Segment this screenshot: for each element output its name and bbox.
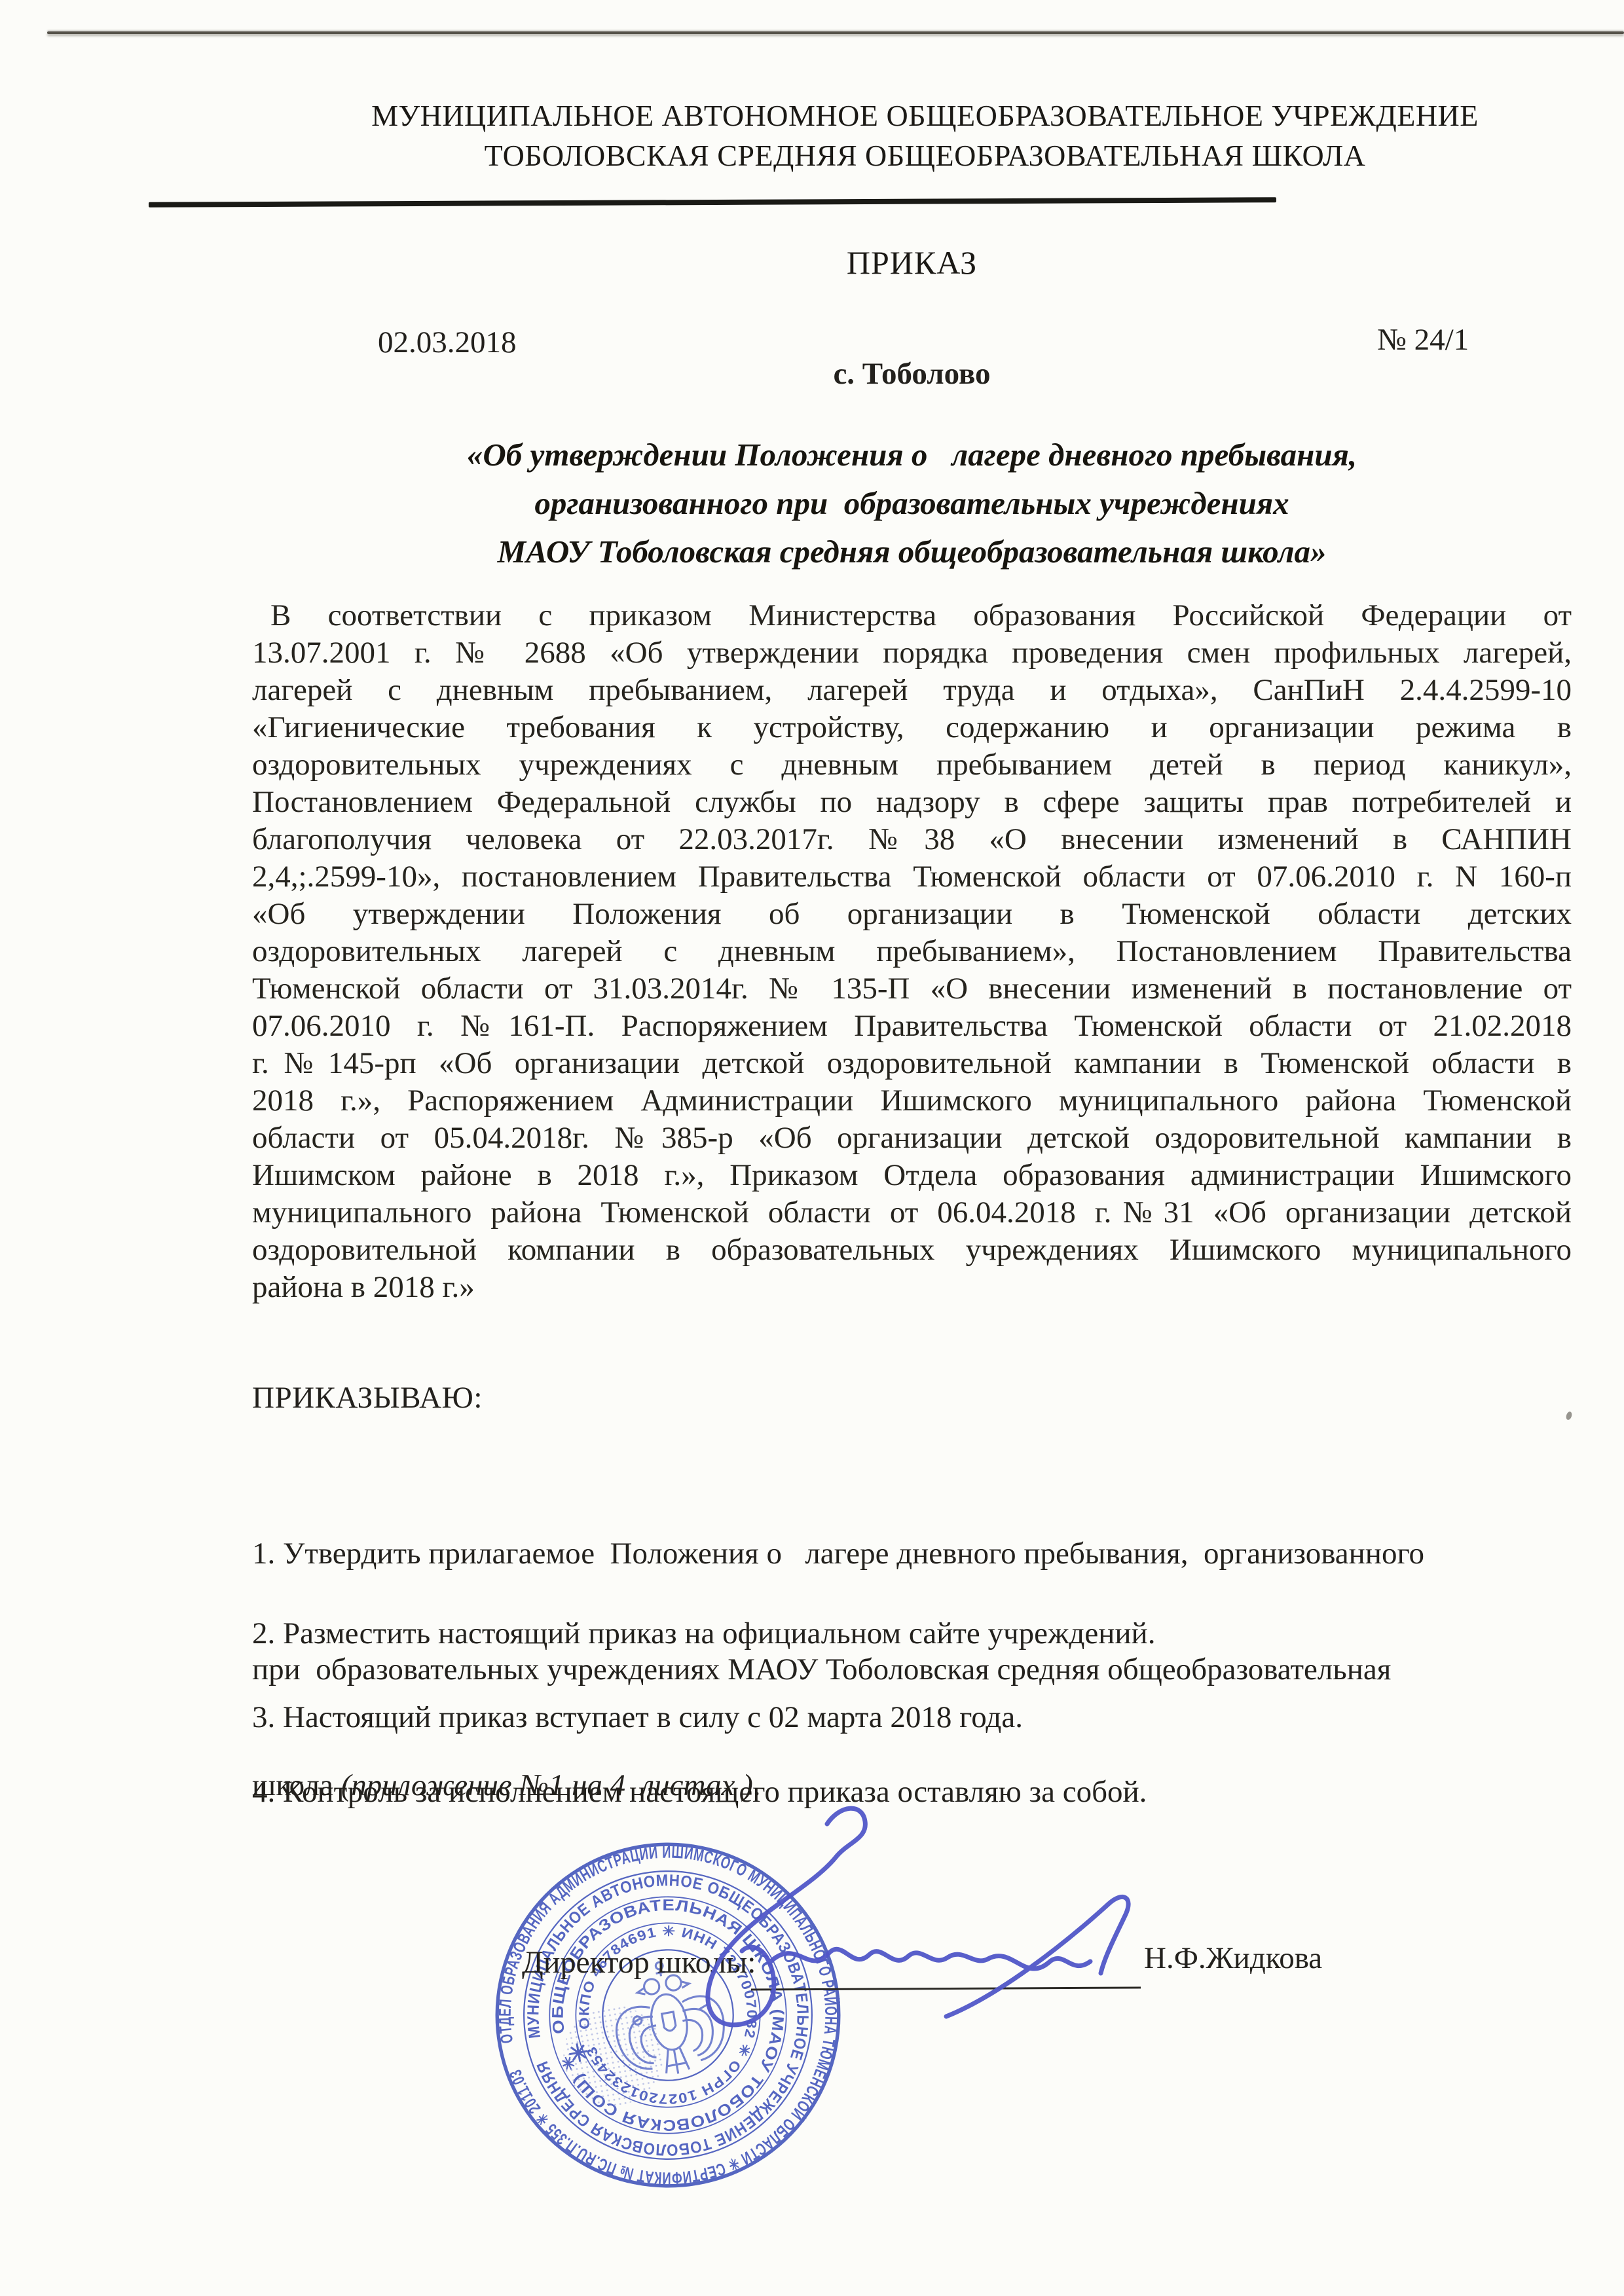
preamble-line: области от 05.04.2018г. №385-р «Об орган…	[252, 1120, 1572, 1157]
preamble-line: 2,4,;.2599-10», постановлением Правитель…	[252, 858, 1572, 896]
order-item-3: 3. Настоящий приказ вступает в силу с 02…	[252, 1698, 1572, 1737]
preamble-line: благополучия человека от 22.03.2017г. №3…	[252, 821, 1572, 858]
preamble-line: Постановлением Федеральной службы по над…	[252, 784, 1572, 821]
order-item-1-line1: 1. Утвердить прилагаемое Положения о лаг…	[252, 1535, 1572, 1573]
preamble-line: района в 2018 г.»	[252, 1269, 1572, 1306]
preamble-paragraph: В соответствии с приказом Министерства о…	[252, 597, 1572, 1306]
signature-stroke-tail	[946, 1897, 1128, 2016]
order-subject-line: МАОУ Тоболовская средняя общеобразовател…	[252, 528, 1572, 576]
preamble-line: оздоровительных учреждениях с дневным пр…	[252, 746, 1572, 784]
scanned-order-document: МУНИЦИПАЛЬНОЕ АВТОНОМНОЕ ОБЩЕОБРАЗОВАТЕЛ…	[0, 0, 1624, 2296]
preamble-line: «Об утверждении Положения об организации…	[252, 896, 1572, 933]
order-subject-line: «Об утверждении Положения о лагере дневн…	[252, 431, 1572, 479]
document-content: МУНИЦИПАЛЬНОЕ АВТОНОМНОЕ ОБЩЕОБРАЗОВАТЕЛ…	[252, 0, 1572, 2296]
preamble-line: «Гигиенические требования к устройству, …	[252, 709, 1572, 746]
preamble-line: муниципального района Тюменской области …	[252, 1194, 1572, 1231]
order-item-2: 2. Разместить настоящий приказ на официа…	[252, 1614, 1572, 1653]
order-number: № 24/1	[1377, 322, 1469, 357]
order-item-1-line2: при образовательных учреждениях МАОУ Тоб…	[252, 1650, 1572, 1689]
preamble-line: В соответствии с приказом Министерства о…	[252, 597, 1572, 634]
signature-stroke-loop	[708, 1808, 865, 2025]
preamble-line: Ишимском районе в 2018 г.», Приказом Отд…	[252, 1157, 1572, 1194]
preamble-line: 07.06.2010 г. №161-П. Распоряжением Прав…	[252, 1008, 1572, 1045]
org-name-line1: МУНИЦИПАЛЬНОЕ АВТОНОМНОЕ ОБЩЕОБРАЗОВАТЕЛ…	[265, 96, 1585, 136]
preamble-line: 2018 г.», Распоряжением Администрации Иш…	[252, 1082, 1572, 1120]
order-date: 02.03.2018	[378, 325, 517, 360]
preamble-line: лагерей с дневным пребыванием, лагерей т…	[252, 672, 1572, 709]
resolution-word: ПРИКАЗЫВАЮ:	[252, 1380, 483, 1415]
preamble-line: оздоровительных лагерей с дневным пребыв…	[252, 933, 1572, 970]
order-subject: «Об утверждении Положения о лагере дневн…	[252, 431, 1572, 576]
preamble-line: оздоровительной компании в образовательн…	[252, 1231, 1572, 1269]
org-name-line2: ТОБОЛОВСКАЯ СРЕДНЯЯ ОБЩЕОБРАЗОВАТЕЛЬНАЯ …	[265, 136, 1585, 175]
header-divider-rule	[149, 197, 1276, 208]
order-heading: ПРИКАЗ	[252, 244, 1572, 282]
org-header: МУНИЦИПАЛЬНОЕ АВТОНОМНОЕ ОБЩЕОБРАЗОВАТЕЛ…	[265, 96, 1585, 175]
order-place: с. Тоболово	[252, 356, 1572, 392]
preamble-line: 13.07.2001 г. № 2688 «Об утверждении пор…	[252, 634, 1572, 672]
preamble-line: г.№145-рп «Об организации детской оздоро…	[252, 1045, 1572, 1082]
handwritten-signature	[671, 1799, 1182, 2061]
order-subject-line: организованного при образовательных учре…	[252, 479, 1572, 528]
preamble-line: Тюменской области от 31.03.2014г. № 135-…	[252, 970, 1572, 1008]
